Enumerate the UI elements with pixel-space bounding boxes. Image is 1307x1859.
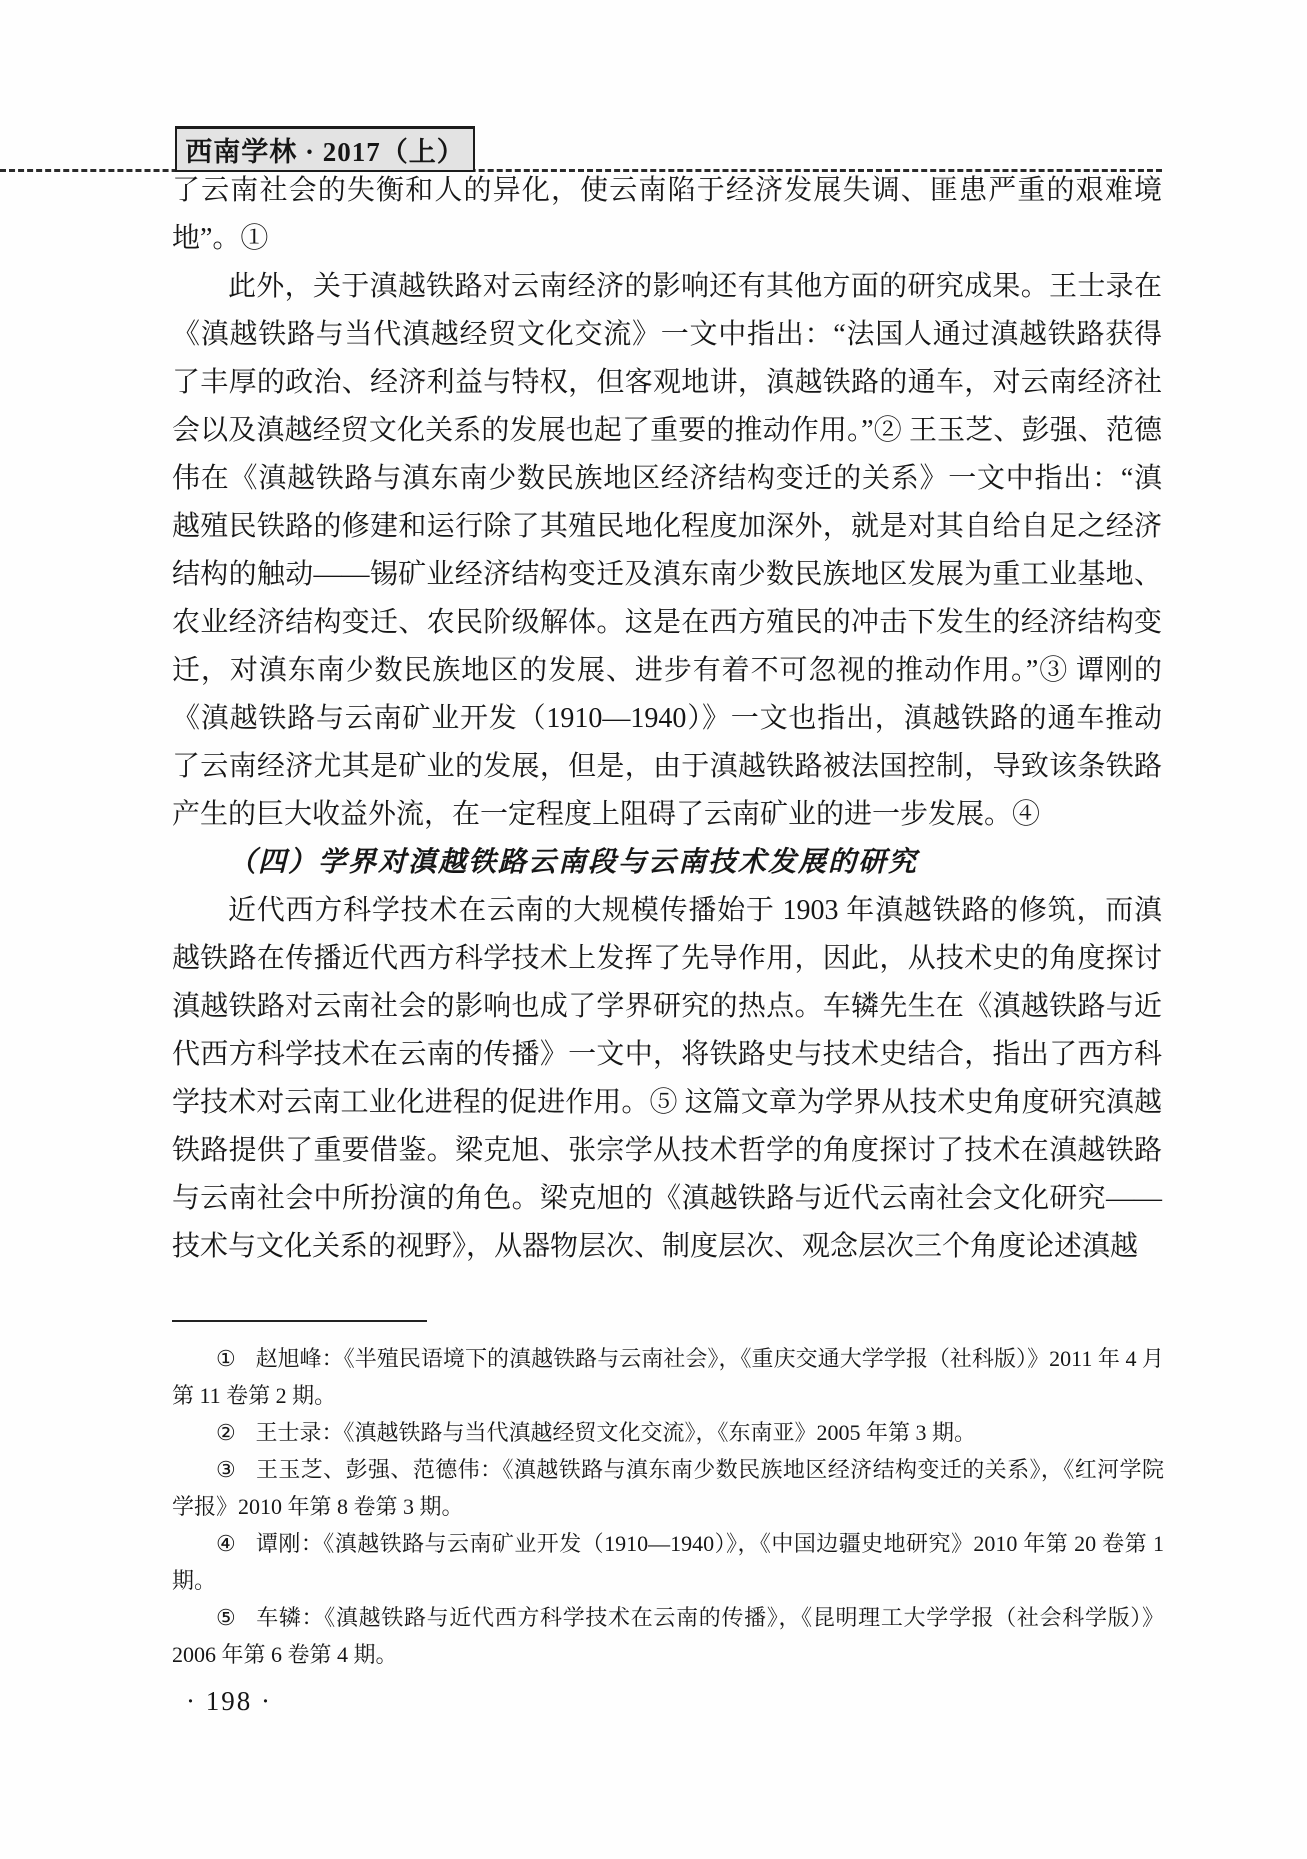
- body-text-block: 了云南社会的失衡和人的异化，使云南陷于经济发展失调、匪患严重的艰难境地”。① 此…: [172, 167, 1162, 1271]
- footnote-text: 车辚：《滇越铁路与近代西方科学技术在云南的传播》，《昆明理工大学学报（社会科学版…: [172, 1605, 1164, 1667]
- paragraph: 近代西方科学技术在云南的大规模传播始于 1903 年滇越铁路的修筑，而滇越铁路在…: [172, 887, 1162, 1271]
- footnote-text: 赵旭峰：《半殖民语境下的滇越铁路与云南社会》，《重庆交通大学学报（社科版）》20…: [172, 1346, 1164, 1408]
- footnote-item: ④谭刚：《滇越铁路与云南矿业开发（1910—1940）》，《中国边疆史地研究》2…: [172, 1525, 1164, 1599]
- footnote-separator-rule: [172, 1320, 427, 1322]
- paragraph: 此外，关于滇越铁路对云南经济的影响还有其他方面的研究成果。王士录在《滇越铁路与当…: [172, 263, 1162, 839]
- footnote-text: 王士录：《滇越铁路与当代滇越经贸文化交流》，《东南亚》2005 年第 3 期。: [256, 1420, 977, 1445]
- footnote-item: ①赵旭峰：《半殖民语境下的滇越铁路与云南社会》，《重庆交通大学学报（社科版）》2…: [172, 1340, 1164, 1414]
- section-heading: （四）学界对滇越铁路云南段与云南技术发展的研究: [172, 839, 1162, 887]
- running-header-badge: 西南学林 · 2017（上）: [175, 126, 475, 172]
- footnote-marker: ④: [216, 1531, 236, 1556]
- footnote-marker: ⑤: [216, 1605, 236, 1630]
- footnote-text: 谭刚：《滇越铁路与云南矿业开发（1910—1940）》，《中国边疆史地研究》20…: [172, 1531, 1164, 1593]
- book-page: 西南学林 · 2017（上） 了云南社会的失衡和人的异化，使云南陷于经济发展失调…: [0, 0, 1307, 1859]
- footnote-marker: ①: [216, 1346, 236, 1371]
- footnote-marker: ②: [216, 1420, 236, 1445]
- footnote-item: ③王玉芝、彭强、范德伟：《滇越铁路与滇东南少数民族地区经济结构变迁的关系》，《红…: [172, 1451, 1164, 1525]
- footnote-item: ②王士录：《滇越铁路与当代滇越经贸文化交流》，《东南亚》2005 年第 3 期。: [172, 1414, 1164, 1451]
- footnotes-block: ①赵旭峰：《半殖民语境下的滇越铁路与云南社会》，《重庆交通大学学报（社科版）》2…: [172, 1340, 1164, 1673]
- footnote-marker: ③: [216, 1457, 236, 1482]
- page-number: · 198 ·: [186, 1686, 272, 1717]
- footnote-item: ⑤车辚：《滇越铁路与近代西方科学技术在云南的传播》，《昆明理工大学学报（社会科学…: [172, 1599, 1164, 1673]
- footnote-text: 王玉芝、彭强、范德伟：《滇越铁路与滇东南少数民族地区经济结构变迁的关系》，《红河…: [172, 1457, 1164, 1519]
- paragraph-continuation: 了云南社会的失衡和人的异化，使云南陷于经济发展失调、匪患严重的艰难境地”。①: [172, 167, 1162, 263]
